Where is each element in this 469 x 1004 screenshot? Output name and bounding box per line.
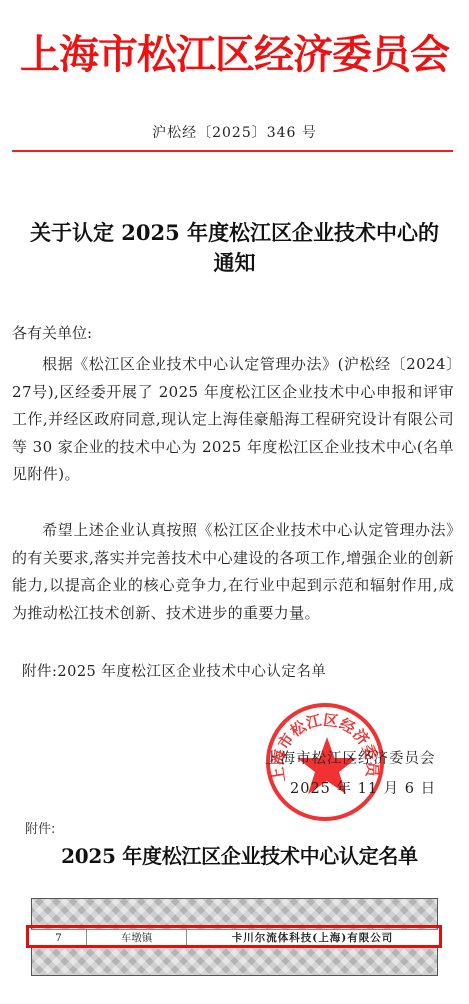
- attachment-label: 附件:: [25, 818, 55, 837]
- body-paragraph-2-text: 希望上述企业认真按照《松江区企业技术中心认定管理办法》的有关要求,落实并完善技术…: [12, 521, 454, 622]
- issuer-masthead: 上海市松江区经济委员会: [0, 30, 469, 80]
- signature-organization: 上海市松江区经济委员会: [265, 747, 436, 768]
- body-paragraph-1: 根据《松江区企业技术中心认定管理办法》(沪松经〔2024〕27号),区经委开展了…: [12, 351, 454, 489]
- notice-title: 关于认定 2025 年度松江区企业技术中心的 通知: [0, 218, 469, 278]
- attachment-reference: 附件:2025 年度松江区企业技术中心认定名单: [22, 660, 326, 681]
- body-paragraph-1-text: 根据《松江区企业技术中心认定管理办法》(沪松经〔2024〕27号),区经委开展了…: [12, 355, 454, 483]
- salutation: 各有关单位:: [12, 322, 92, 343]
- attachment-list-title: 2025 年度松江区企业技术中心认定名单: [0, 840, 469, 869]
- notice-title-line-1: 关于认定 2025 年度松江区企业技术中心的: [0, 218, 469, 248]
- signature-date: 2025 年 11 月 6 日: [290, 777, 436, 798]
- document-number: 沪松经〔2025〕346 号: [0, 122, 469, 142]
- red-divider-rule: [12, 150, 453, 152]
- highlight-box: [26, 925, 442, 948]
- body-paragraph-2: 希望上述企业认真按照《松江区企业技术中心认定管理办法》的有关要求,落实并完善技术…: [12, 517, 454, 627]
- notice-title-line-2: 通知: [0, 248, 469, 278]
